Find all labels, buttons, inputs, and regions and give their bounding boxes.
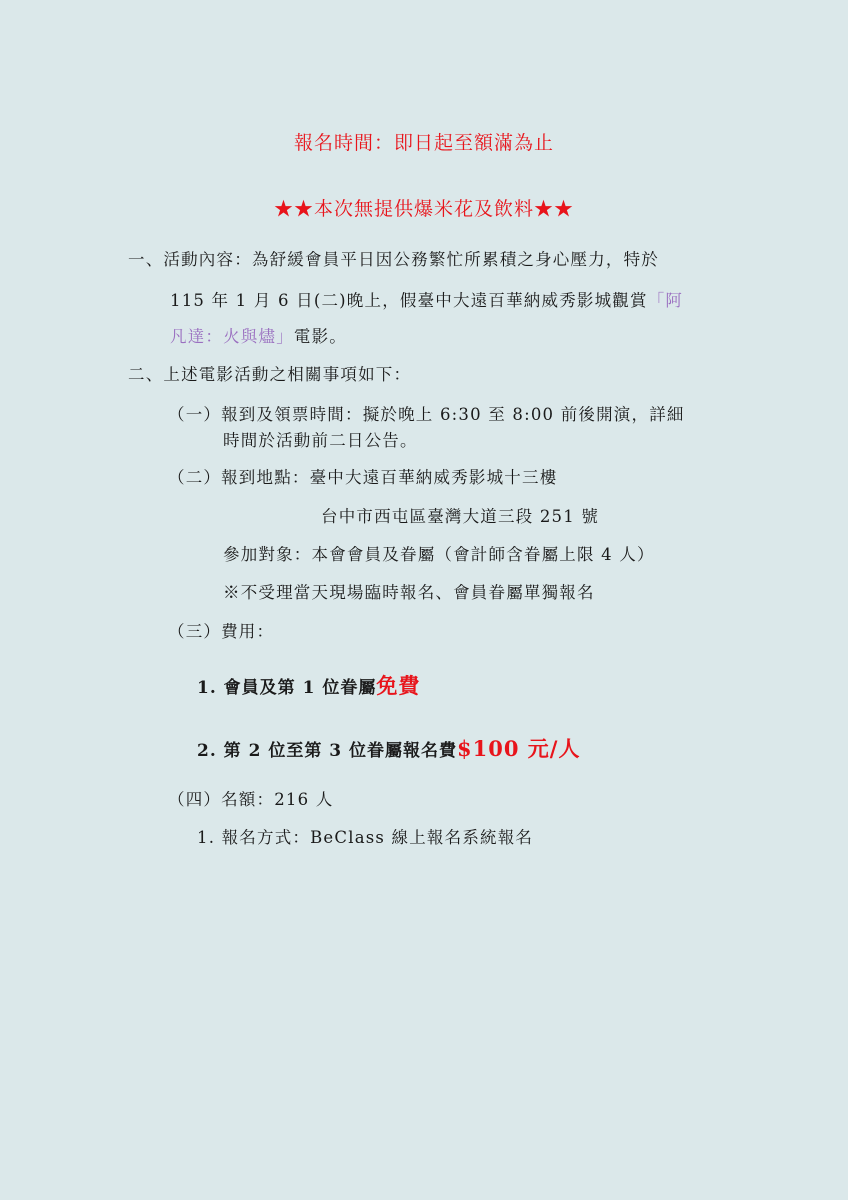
venue-address: 台中市西屯區臺灣大道三段 251 號 bbox=[321, 503, 599, 527]
no-snacks-notice: ★★本次無提供爆米花及飲料★★ bbox=[0, 194, 848, 221]
event-date-venue: 115 年 1 月 6 日(二)晚上，假臺中大遠百華納威秀影城觀賞 bbox=[170, 291, 648, 310]
fee-item-2: 2. 第 2 位至第 3 位眷屬報名費$100 元/人 bbox=[197, 733, 580, 763]
participants: 參加對象：本會會員及眷屬（會計師含眷屬上限 4 人） bbox=[223, 541, 655, 565]
fee-price-free: 免費 bbox=[376, 673, 420, 698]
fee-item-1: 1. 會員及第 1 位眷屬免費 bbox=[197, 670, 420, 700]
section1-line2: 115 年 1 月 6 日(二)晚上，假臺中大遠百華納威秀影城觀賞「阿 bbox=[170, 287, 683, 311]
quota: 名額：216 人 bbox=[221, 790, 333, 809]
fee-price-100: $100 元/人 bbox=[457, 736, 580, 761]
movie-title-rest: 凡達：火與燼」 bbox=[170, 327, 294, 346]
section1-marker: 一、 bbox=[128, 250, 163, 269]
registration-note: ※不受理當天現場臨時報名、會員眷屬單獨報名 bbox=[223, 579, 595, 603]
item2-line1: （二）報到地點：臺中大遠百華納威秀影城十三樓 bbox=[168, 464, 557, 488]
movie-title-open: 「阿 bbox=[648, 291, 683, 310]
registration-method: 1. 報名方式：BeClass 線上報名系統報名 bbox=[197, 824, 533, 848]
item1-marker: （一） bbox=[168, 405, 221, 424]
section1-line1: 一、活動內容：為舒緩會員平日因公務繁忙所累積之身心壓力，特於 bbox=[128, 246, 659, 270]
section1-line3: 凡達：火與燼」電影。 bbox=[170, 323, 347, 347]
item4-line1: （四）名額：216 人 bbox=[168, 786, 333, 810]
item3-marker: （三） bbox=[168, 622, 221, 641]
checkin-location: 報到地點：臺中大遠百華納威秀影城十三樓 bbox=[221, 468, 557, 487]
item1-line1: （一）報到及領票時間：擬於晚上 6:30 至 8:00 前後開演，詳細 bbox=[168, 401, 685, 425]
section2-marker: 二、 bbox=[128, 365, 163, 384]
fee-heading: 費用： bbox=[221, 622, 274, 641]
checkin-time: 報到及領票時間：擬於晚上 6:30 至 8:00 前後開演，詳細 bbox=[221, 405, 684, 424]
registration-period-heading: 報名時間：即日起至額滿為止 bbox=[0, 128, 848, 155]
item1-line2: 時間於活動前二日公告。 bbox=[223, 427, 418, 451]
activity-content: 活動內容：為舒緩會員平日因公務繁忙所累積之身心壓力，特於 bbox=[163, 250, 659, 269]
item2-marker: （二） bbox=[168, 468, 221, 487]
section2-heading: 二、上述電影活動之相關事項如下： bbox=[128, 361, 411, 385]
item4-marker: （四） bbox=[168, 790, 221, 809]
movie-suffix: 電影。 bbox=[294, 327, 347, 346]
item3-line1: （三）費用： bbox=[168, 618, 274, 642]
